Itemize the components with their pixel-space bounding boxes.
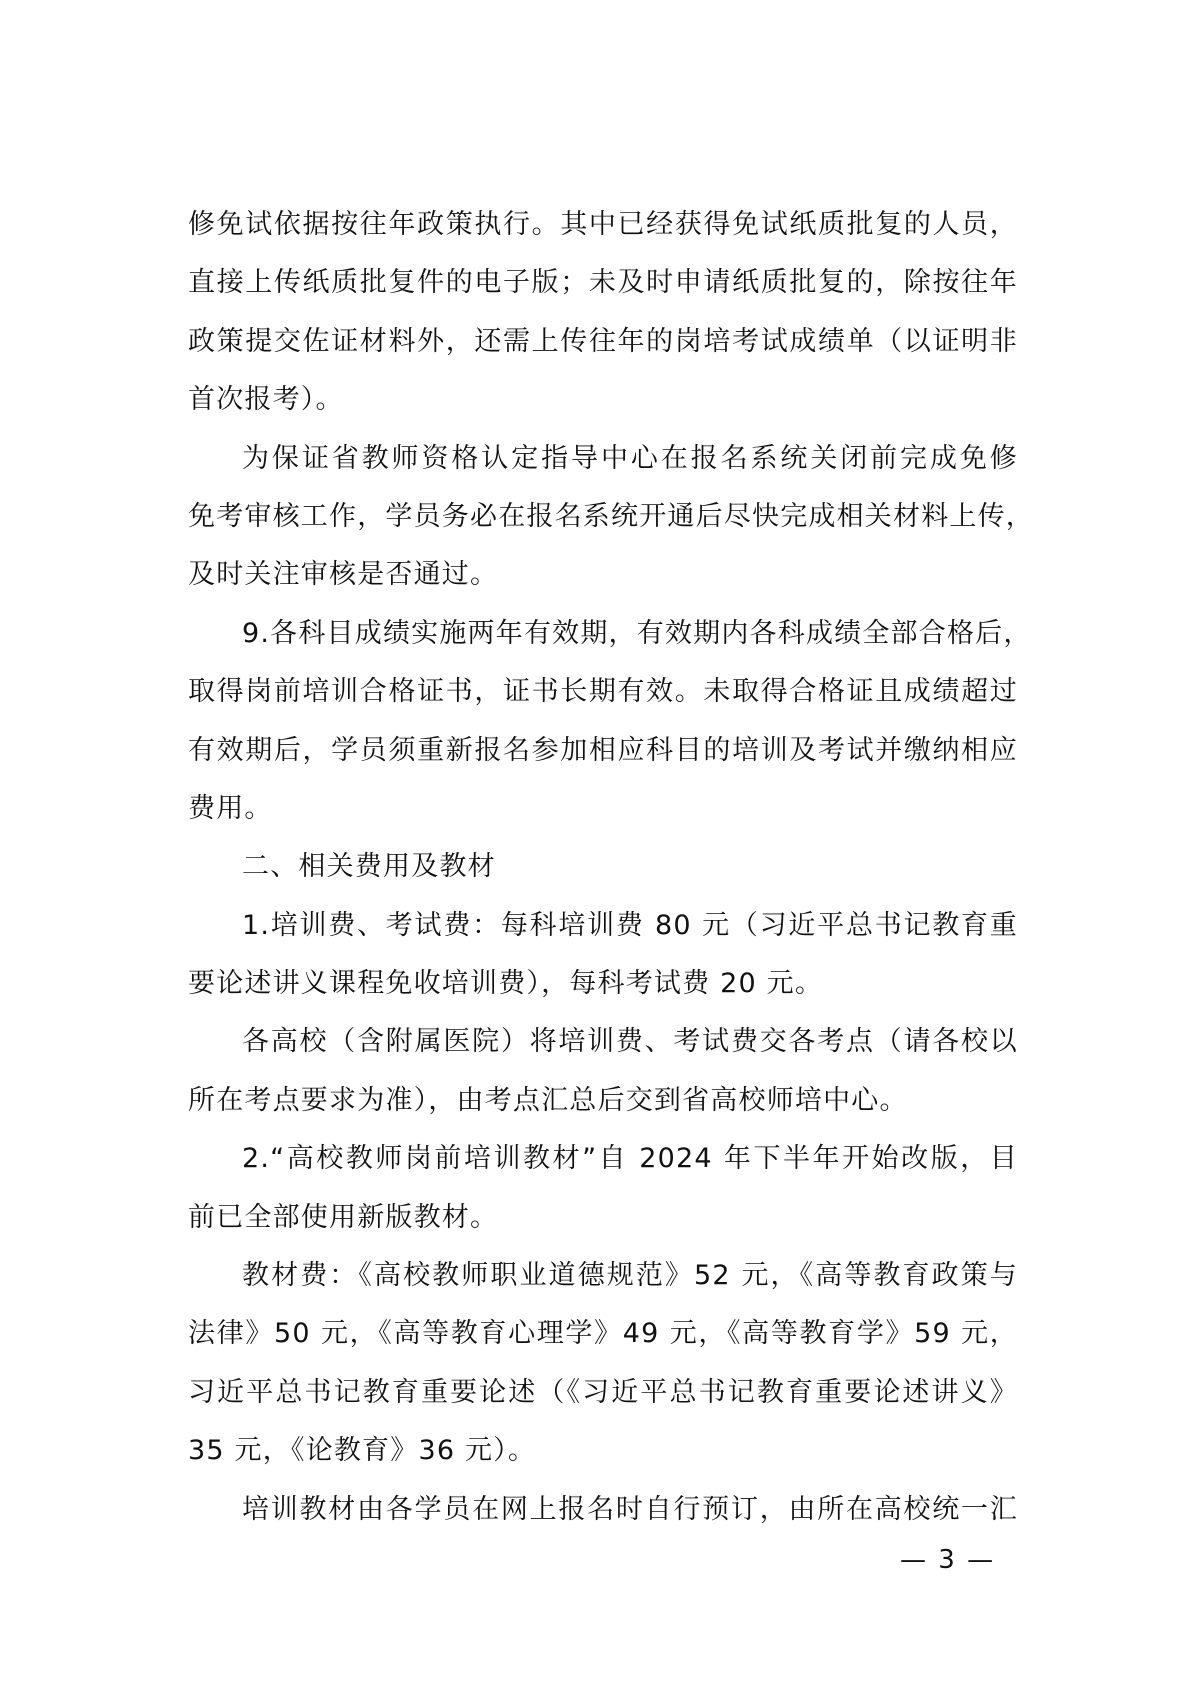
paragraph-item-1-fees: 1.培训费、考试费：每科培训费 80 元（习近平总书记教育重 要论述讲义课程免收… bbox=[188, 897, 1018, 1014]
text-line: 培训教材由各学员在网上报名时自行预订，由所在高校统一汇 bbox=[188, 1481, 1018, 1539]
text-line: 有效期后，学员须重新报名参加相应科目的培训及考试并缴纳相应 bbox=[188, 722, 1018, 780]
text-line: 直接上传纸质批复件的电子版；未及时申请纸质批复的，除按往年 bbox=[188, 254, 1018, 312]
text-line: 首次报考）。 bbox=[188, 371, 1018, 429]
paragraph-item-2-textbooks: 2.“高校教师岗前培训教材”自 2024 年下半年开始改版，目 前已全部使用新版… bbox=[188, 1130, 1018, 1247]
paragraph-textbook-fees: 教材费：《高校教师职业道德规范》52 元，《高等教育政策与 法律》50 元，《高… bbox=[188, 1247, 1018, 1481]
document-page: 修免试依据按往年政策执行。其中已经获得免试纸质批复的人员， 直接上传纸质批复件的… bbox=[0, 0, 1190, 1684]
paragraph-textbook-ordering: 培训教材由各学员在网上报名时自行预订，由所在高校统一汇 bbox=[188, 1481, 1018, 1539]
text-line: 前已全部使用新版教材。 bbox=[188, 1189, 1018, 1247]
heading-line: 二、相关费用及教材 bbox=[188, 838, 1018, 896]
text-line: 法律》50 元，《高等教育心理学》49 元，《高等教育学》59 元， bbox=[188, 1305, 1018, 1363]
text-line: 修免试依据按往年政策执行。其中已经获得免试纸质批复的人员， bbox=[188, 196, 1018, 254]
text-line: 9.各科目成绩实施两年有效期，有效期内各科成绩全部合格后， bbox=[188, 605, 1018, 663]
text-line: 习近平总书记教育重要论述（《习近平总书记教育重要论述讲义》 bbox=[188, 1364, 1018, 1422]
text-line: 所在考点要求为准），由考点汇总后交到省高校师培中心。 bbox=[188, 1072, 1018, 1130]
text-line: 1.培训费、考试费：每科培训费 80 元（习近平总书记教育重 bbox=[188, 897, 1018, 955]
text-line: 政策提交佐证材料外，还需上传往年的岗培考试成绩单（以证明非 bbox=[188, 313, 1018, 371]
page-number: — 3 — bbox=[900, 1545, 995, 1575]
text-line: 各高校（含附属医院）将培训费、考试费交各考点（请各校以 bbox=[188, 1013, 1018, 1071]
text-line: 为保证省教师资格认定指导中心在报名系统关闭前完成免修 bbox=[188, 430, 1018, 488]
text-line: 及时关注审核是否通过。 bbox=[188, 546, 1018, 604]
section-heading-fees-and-textbooks: 二、相关费用及教材 bbox=[188, 838, 1018, 896]
text-line: 教材费：《高校教师职业道德规范》52 元，《高等教育政策与 bbox=[188, 1247, 1018, 1305]
text-line: 费用。 bbox=[188, 780, 1018, 838]
paragraph-exemption-basis: 修免试依据按往年政策执行。其中已经获得免试纸质批复的人员， 直接上传纸质批复件的… bbox=[188, 196, 1018, 430]
paragraph-fee-submission: 各高校（含附属医院）将培训费、考试费交各考点（请各校以 所在考点要求为准），由考… bbox=[188, 1013, 1018, 1130]
document-body: 修免试依据按往年政策执行。其中已经获得免试纸质批复的人员， 直接上传纸质批复件的… bbox=[188, 196, 1018, 1539]
text-line: 2.“高校教师岗前培训教材”自 2024 年下半年开始改版，目 bbox=[188, 1130, 1018, 1188]
text-line: 取得岗前培训合格证书，证书长期有效。未取得合格证且成绩超过 bbox=[188, 663, 1018, 721]
text-line: 要论述讲义课程免收培训费），每科考试费 20 元。 bbox=[188, 955, 1018, 1013]
paragraph-item-9-validity: 9.各科目成绩实施两年有效期，有效期内各科成绩全部合格后， 取得岗前培训合格证书… bbox=[188, 605, 1018, 839]
text-line: 免考审核工作，学员务必在报名系统开通后尽快完成相关材料上传， bbox=[188, 488, 1018, 546]
text-line: 35 元，《论教育》36 元）。 bbox=[188, 1422, 1018, 1480]
paragraph-review-deadline: 为保证省教师资格认定指导中心在报名系统关闭前完成免修 免考审核工作，学员务必在报… bbox=[188, 430, 1018, 605]
